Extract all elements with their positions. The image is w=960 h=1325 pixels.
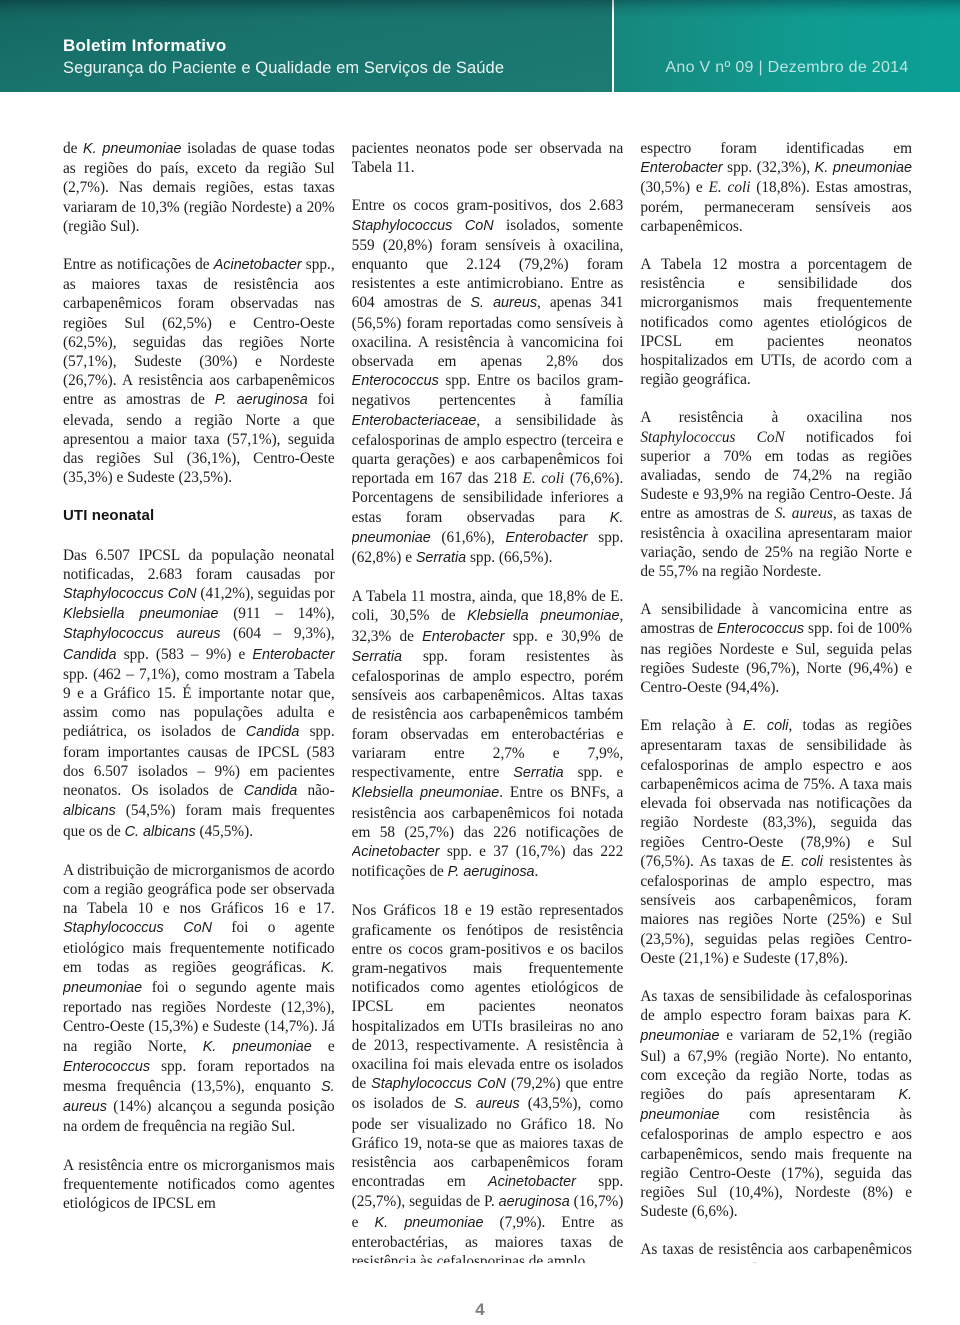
bulletin-page: Boletim Informativo Segurança do Pacient… (0, 0, 960, 1325)
paragraph: A resistência entre os microrganismos ma… (63, 1156, 335, 1214)
paragraph: Entre as notificações de Acinetobacter s… (63, 255, 335, 487)
section-heading: UTI neonatal (63, 506, 335, 525)
paragraph: As taxas de sensibilidade às cefalospori… (640, 987, 912, 1221)
paragraph: espectro foram identificadas em Enteroba… (640, 139, 912, 236)
paragraph: A distribuição de microrganismos de acor… (63, 861, 335, 1137)
paragraph: A sensibilidade à vancomicina entre as a… (640, 600, 912, 697)
columns: de K. pneumoniae isoladas de quase todas… (63, 139, 912, 1263)
bulletin-title: Boletim Informativo (63, 35, 612, 56)
paragraph: A resistência à oxacilina nos Staphyloco… (640, 408, 912, 581)
bulletin-subtitle: Segurança do Paciente e Qualidade em Ser… (63, 58, 612, 79)
text-column-1: de K. pneumoniae isoladas de quase todas… (63, 139, 335, 1263)
header-edition-block: Ano V nº 09 | Dezembro de 2014 (614, 0, 960, 92)
paragraph: Das 6.507 IPCSL da população neonatal no… (63, 546, 335, 842)
paragraph: As taxas de resistência aos carbapenêmic… (640, 1240, 912, 1263)
paragraph: A Tabela 12 mostra a porcentagem de resi… (640, 255, 912, 389)
paragraph: Em relação à E. coli, todas as regiões a… (640, 716, 912, 968)
paragraph: Entre os cocos gram-positivos, dos 2.683… (352, 196, 624, 568)
paragraph: A Tabela 11 mostra, ainda, que 18,8% de … (352, 587, 624, 882)
text-column-3: espectro foram identificadas em Enteroba… (640, 139, 912, 1263)
page-number: 4 (0, 1300, 960, 1320)
page-header: Boletim Informativo Segurança do Pacient… (0, 0, 960, 92)
header-title-block: Boletim Informativo Segurança do Pacient… (0, 0, 614, 92)
paragraph: de K. pneumoniae isoladas de quase todas… (63, 139, 335, 236)
edition-date-label: Ano V nº 09 | Dezembro de 2014 (665, 59, 908, 77)
paragraph: pacientes neonatos pode ser observada na… (352, 139, 624, 177)
paragraph: Nos Gráficos 18 e 19 estão representados… (352, 901, 624, 1263)
text-column-2: pacientes neonatos pode ser observada na… (352, 139, 624, 1263)
